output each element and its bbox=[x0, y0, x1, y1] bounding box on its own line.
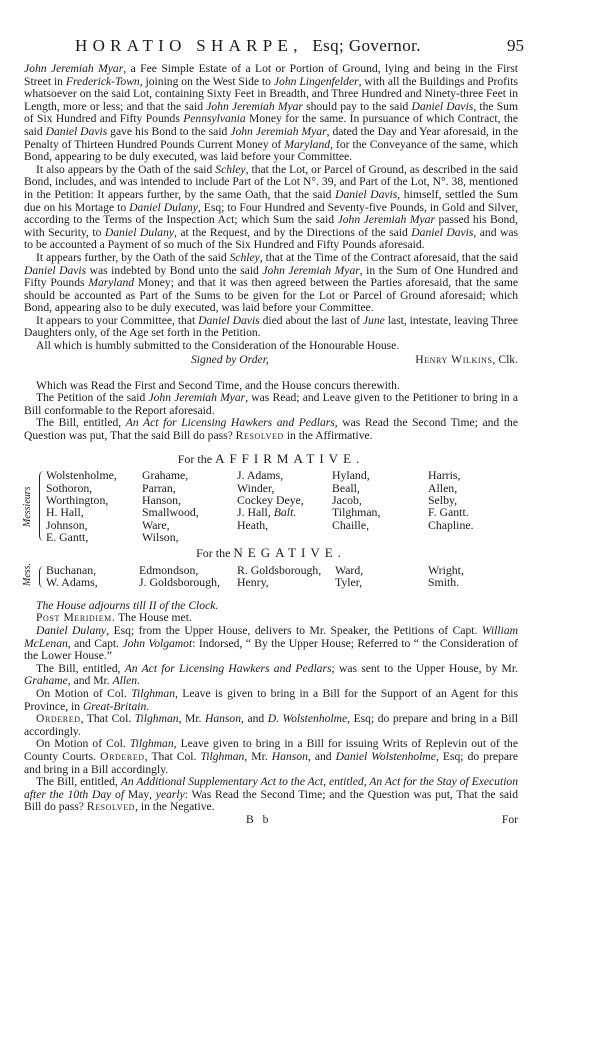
vote-column: Harris,Allen,Selby,F. Gantt.Chapline. bbox=[428, 469, 474, 531]
running-head-title: HORATIO SHARPE, Esq; Governor. bbox=[75, 36, 421, 56]
governor-name: HORATIO SHARPE, bbox=[75, 36, 312, 55]
text-run: It appears further, by the Oath of the s… bbox=[36, 251, 230, 264]
paragraph: John Jeremiah Myar, a Fee Simple Estate … bbox=[24, 63, 518, 164]
italic-run: Daniel Wolstenholme bbox=[336, 750, 436, 763]
text-run: The Petition of the said bbox=[36, 391, 148, 404]
paragraph: The Bill, entitled, An Act for Licensing… bbox=[24, 417, 518, 442]
member-name: Wilson, bbox=[142, 531, 199, 543]
member-name: Chapline. bbox=[428, 519, 474, 531]
italic-run: Pennsylvania bbox=[183, 112, 245, 125]
messieurs-label: Mess. bbox=[22, 563, 34, 586]
text-run: Which was Read the First and Second Time… bbox=[36, 379, 400, 392]
text-run: , Mr. bbox=[179, 712, 205, 725]
signature-line: Signed by Order, Henry Wilkins, Clk. bbox=[24, 354, 518, 368]
italic-run: Maryland bbox=[88, 276, 134, 289]
text-run: It appears to your Committee, that bbox=[36, 314, 198, 327]
running-head: HORATIO SHARPE, Esq; Governor. 95 bbox=[75, 36, 520, 60]
affirmative-heading: For the AFFIRMATIVE. bbox=[24, 453, 518, 466]
member-name: Tilghman, bbox=[332, 506, 380, 518]
italic-run: D. Wolstenholme bbox=[268, 712, 347, 725]
member-name: J. Adams, bbox=[237, 469, 304, 481]
text-run: , and bbox=[308, 750, 336, 763]
text-run: , Mr. bbox=[244, 750, 271, 763]
text-run: . bbox=[146, 700, 149, 713]
italic-run: Frederick-Town bbox=[66, 75, 140, 88]
negative-heading: For the NEGATIVE. bbox=[24, 547, 518, 560]
italic-run: John Jeremiah Myar bbox=[262, 264, 359, 277]
member-name: W. Adams, bbox=[46, 576, 98, 588]
small-caps-run: Resolved bbox=[87, 800, 135, 813]
governor-title: Esq; Governor. bbox=[312, 36, 421, 55]
paragraph: On Motion of Col. Tilghman, Leave given … bbox=[24, 738, 518, 776]
member-name: E. Gantt, bbox=[46, 531, 117, 543]
italic-run: John Jeremiah Myar bbox=[148, 391, 245, 404]
text-run: , and bbox=[241, 712, 268, 725]
signature-mark: B b bbox=[246, 814, 271, 827]
italic-run: John Lingenfelder bbox=[274, 75, 359, 88]
vote-column: Wolstenholme,Sothoron,Worthington,H. Hal… bbox=[46, 469, 117, 543]
vote-column: Ward,Tyler, bbox=[335, 564, 363, 589]
paragraph: The Bill, entitled, An Act for Licensing… bbox=[24, 663, 518, 688]
document-page: HORATIO SHARPE, Esq; Governor. 95 John J… bbox=[0, 0, 600, 1060]
text-run: , and Capt. bbox=[68, 637, 123, 650]
italic-run: Daniel Davis bbox=[412, 100, 474, 113]
italic-run: Daniel Davis bbox=[24, 264, 86, 277]
italic-run: Hanson bbox=[272, 750, 308, 763]
vote-column: Edmondson,J. Goldsborough, bbox=[139, 564, 220, 589]
text-run: The Bill, entitled, bbox=[36, 662, 125, 675]
member-name: Tyler, bbox=[335, 576, 363, 588]
vote-column: Grahame,Parran,Hanson,Smallwood,Ware,Wil… bbox=[142, 469, 199, 543]
text-run: . bbox=[137, 674, 140, 687]
catchword: For bbox=[502, 814, 518, 827]
member-name: Hyland, bbox=[332, 469, 380, 481]
small-caps-run: Resolved bbox=[236, 429, 284, 442]
italic-run: Daniel Dulany bbox=[36, 624, 106, 637]
small-caps-run: Ordered bbox=[36, 712, 81, 725]
vote-column: Wright,Smith. bbox=[428, 564, 464, 589]
signed-by-order: Signed by Order, bbox=[191, 354, 269, 367]
member-name: J. Hall, Balt. bbox=[237, 506, 304, 518]
heading-prefix: For the bbox=[196, 546, 233, 560]
italic-run: Schley bbox=[215, 163, 245, 176]
italic-run: The House adjourns till II of the Clock. bbox=[36, 599, 218, 612]
member-name: F. Gantt. bbox=[428, 506, 474, 518]
text-run: On Motion of Col. bbox=[36, 737, 130, 750]
vote-column: J. Adams,Winder,Cockey Deye,J. Hall, Bal… bbox=[237, 469, 304, 531]
text-run: All which is humbly submitted to the Con… bbox=[36, 339, 399, 352]
messieurs-label: Messieurs bbox=[22, 487, 34, 528]
italic-run: Daniel Davis bbox=[411, 226, 473, 239]
member-name: Henry, bbox=[237, 576, 321, 588]
paragraph: The Bill, entitled, An Additional Supple… bbox=[24, 776, 518, 814]
member-name: Grahame, bbox=[142, 469, 199, 481]
paragraph: Ordered, That Col. Tilghman, Mr. Hanson,… bbox=[24, 713, 518, 738]
italic-run: Daniel Dulany bbox=[105, 226, 174, 239]
text-run: , That Col. bbox=[145, 750, 201, 763]
italic-run: John Jeremiah Myar bbox=[230, 125, 326, 138]
body-text: John Jeremiah Myar, a Fee Simple Estate … bbox=[24, 63, 518, 828]
italic-run: Daniel Davis bbox=[46, 125, 108, 138]
text-run: , and Mr. bbox=[68, 674, 113, 687]
text-run: gave his Bond to the said bbox=[107, 125, 230, 138]
italic-run: June bbox=[363, 314, 385, 327]
text-run: On Motion of Col. bbox=[36, 687, 131, 700]
text-run: was indebted by Bond unto the said bbox=[86, 264, 262, 277]
negative-vote-list: Mess. Buchanan,W. Adams, Edmondson,J. Go… bbox=[24, 564, 518, 592]
member-name: Wolstenholme, bbox=[46, 469, 117, 481]
italic-run: John Jeremiah Myar bbox=[24, 62, 123, 75]
text-run: The Bill, entitled, bbox=[36, 416, 126, 429]
heading-prefix: For the bbox=[178, 452, 215, 466]
member-name: Harris, bbox=[428, 469, 474, 481]
italic-run: An Act for Licensing Hawkers and Pedlars bbox=[126, 416, 335, 429]
text-run: The House met. bbox=[115, 611, 191, 624]
vote-column: Buchanan,W. Adams, bbox=[46, 564, 98, 589]
member-name: Smith. bbox=[428, 576, 464, 588]
italic-run: John Volgamot bbox=[122, 637, 192, 650]
heading-word: NEGATIVE. bbox=[233, 545, 346, 560]
vote-column: Hyland,Beall,Jacob,Tilghman,Chaille, bbox=[332, 469, 380, 531]
paragraph: On Motion of Col. Tilghman, Leave is giv… bbox=[24, 688, 518, 713]
italic-run: John Jeremiah Myar bbox=[206, 100, 303, 113]
small-caps-run: Ordered bbox=[100, 750, 145, 763]
text-run: , in the Negative. bbox=[135, 800, 215, 813]
italic-run: Hanson bbox=[205, 712, 241, 725]
text-run: ; was sent to the Upper House, by Mr. bbox=[332, 662, 518, 675]
text-run: died about the last of bbox=[260, 314, 363, 327]
heading-word: AFFIRMATIVE. bbox=[215, 451, 364, 466]
vote-column: R. Goldsborough,Henry, bbox=[237, 564, 321, 589]
paragraph: Daniel Dulany, Esq; from the Upper House… bbox=[24, 625, 518, 663]
text-run: , at the Request, and by the Directions … bbox=[174, 226, 411, 239]
member-name: Smallwood, bbox=[142, 506, 199, 518]
affirmative-vote-list: Messieurs Wolstenholme,Sothoron,Worthing… bbox=[24, 469, 518, 545]
italic-run: Grahame bbox=[24, 674, 68, 687]
small-caps-run: Post Meridiem. bbox=[36, 611, 115, 624]
italic-run: Maryland bbox=[284, 138, 330, 151]
brace-icon bbox=[39, 566, 44, 588]
paragraph: All which is humbly submitted to the Con… bbox=[24, 340, 518, 353]
italic-run: Tilghman bbox=[130, 737, 174, 750]
paragraph: It appears to your Committee, that Danie… bbox=[24, 315, 518, 340]
text-run: The Bill, entitled, bbox=[36, 775, 121, 788]
member-name: J. Goldsborough, bbox=[139, 576, 220, 588]
page-footer: B b For bbox=[24, 814, 518, 828]
member-name: Heath, bbox=[237, 519, 304, 531]
text-run: , joining on the West Side to bbox=[140, 75, 274, 88]
text-run: May bbox=[128, 788, 149, 801]
italic-run: Tilghman bbox=[201, 750, 245, 763]
italic-run: Daniel Davis bbox=[198, 314, 260, 327]
clerk-suffix: , Clk. bbox=[493, 353, 518, 366]
paragraph: It also appears by the Oath of the said … bbox=[24, 164, 518, 252]
clerk-signature: Henry Wilkins, Clk. bbox=[415, 354, 518, 367]
brace-icon bbox=[39, 471, 44, 541]
italic-run: Great-Britain bbox=[83, 700, 146, 713]
member-name: H. Hall, bbox=[46, 506, 117, 518]
text-run: , Esq; from the Upper House, delivers to… bbox=[106, 624, 482, 637]
italic-run: Tilghman bbox=[135, 712, 179, 725]
italic-run: Daniel Davis bbox=[335, 188, 397, 201]
page-number: 95 bbox=[507, 36, 524, 56]
italic-run: Tilghman bbox=[131, 687, 175, 700]
text-run: , that at the Time of the Contract afore… bbox=[260, 251, 518, 264]
clerk-name: Henry Wilkins bbox=[415, 353, 492, 366]
italic-run: Daniel Dulany bbox=[129, 201, 198, 214]
italic-run: An Act for Licensing Hawkers and Pedlars bbox=[125, 662, 332, 675]
italic-run: Allen bbox=[113, 674, 137, 687]
member-name: Chaille, bbox=[332, 519, 380, 531]
text-run: in the Affirmative. bbox=[284, 429, 373, 442]
italic-run: Schley bbox=[230, 251, 260, 264]
italic-run: John Jeremiah Myar bbox=[338, 213, 435, 226]
paragraph: The Petition of the said John Jeremiah M… bbox=[24, 392, 518, 417]
text-run: , That Col. bbox=[81, 712, 135, 725]
italic-run: , yearly bbox=[149, 788, 185, 801]
text-run: It also appears by the Oath of the said bbox=[36, 163, 215, 176]
text-run: should pay to the said bbox=[303, 100, 412, 113]
paragraph: It appears further, by the Oath of the s… bbox=[24, 252, 518, 315]
